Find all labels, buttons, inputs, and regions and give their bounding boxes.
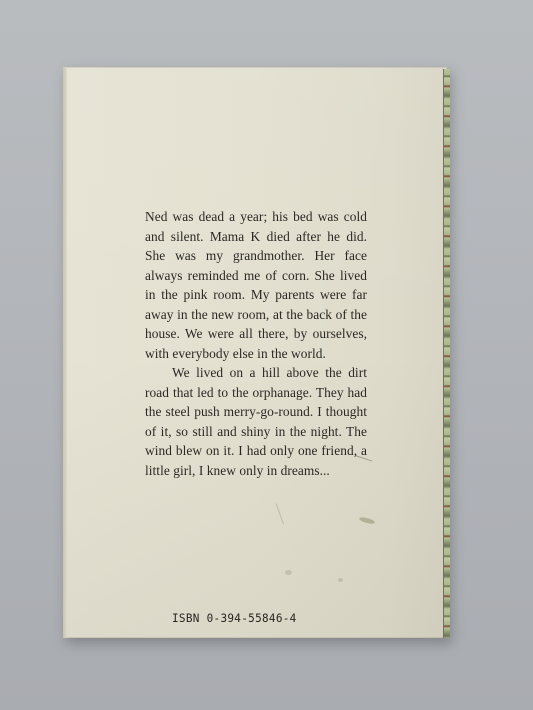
scuff-mark	[276, 503, 284, 524]
map-endpaper-edge	[443, 69, 450, 638]
blurb-paragraph-1: Ned was dead a year; his bed was cold an…	[145, 207, 367, 363]
isbn-number: ISBN 0-394-55846-4	[172, 612, 297, 626]
book-back-cover: Ned was dead a year; his bed was cold an…	[63, 67, 447, 638]
blurb-text: Ned was dead a year; his bed was cold an…	[145, 207, 367, 480]
scuff-mark	[285, 570, 292, 575]
cover-left-edge	[63, 67, 67, 638]
scuff-mark	[359, 516, 376, 525]
blurb-paragraph-2: We lived on a hill above the dirt road t…	[145, 363, 367, 480]
scuff-mark	[338, 578, 343, 582]
